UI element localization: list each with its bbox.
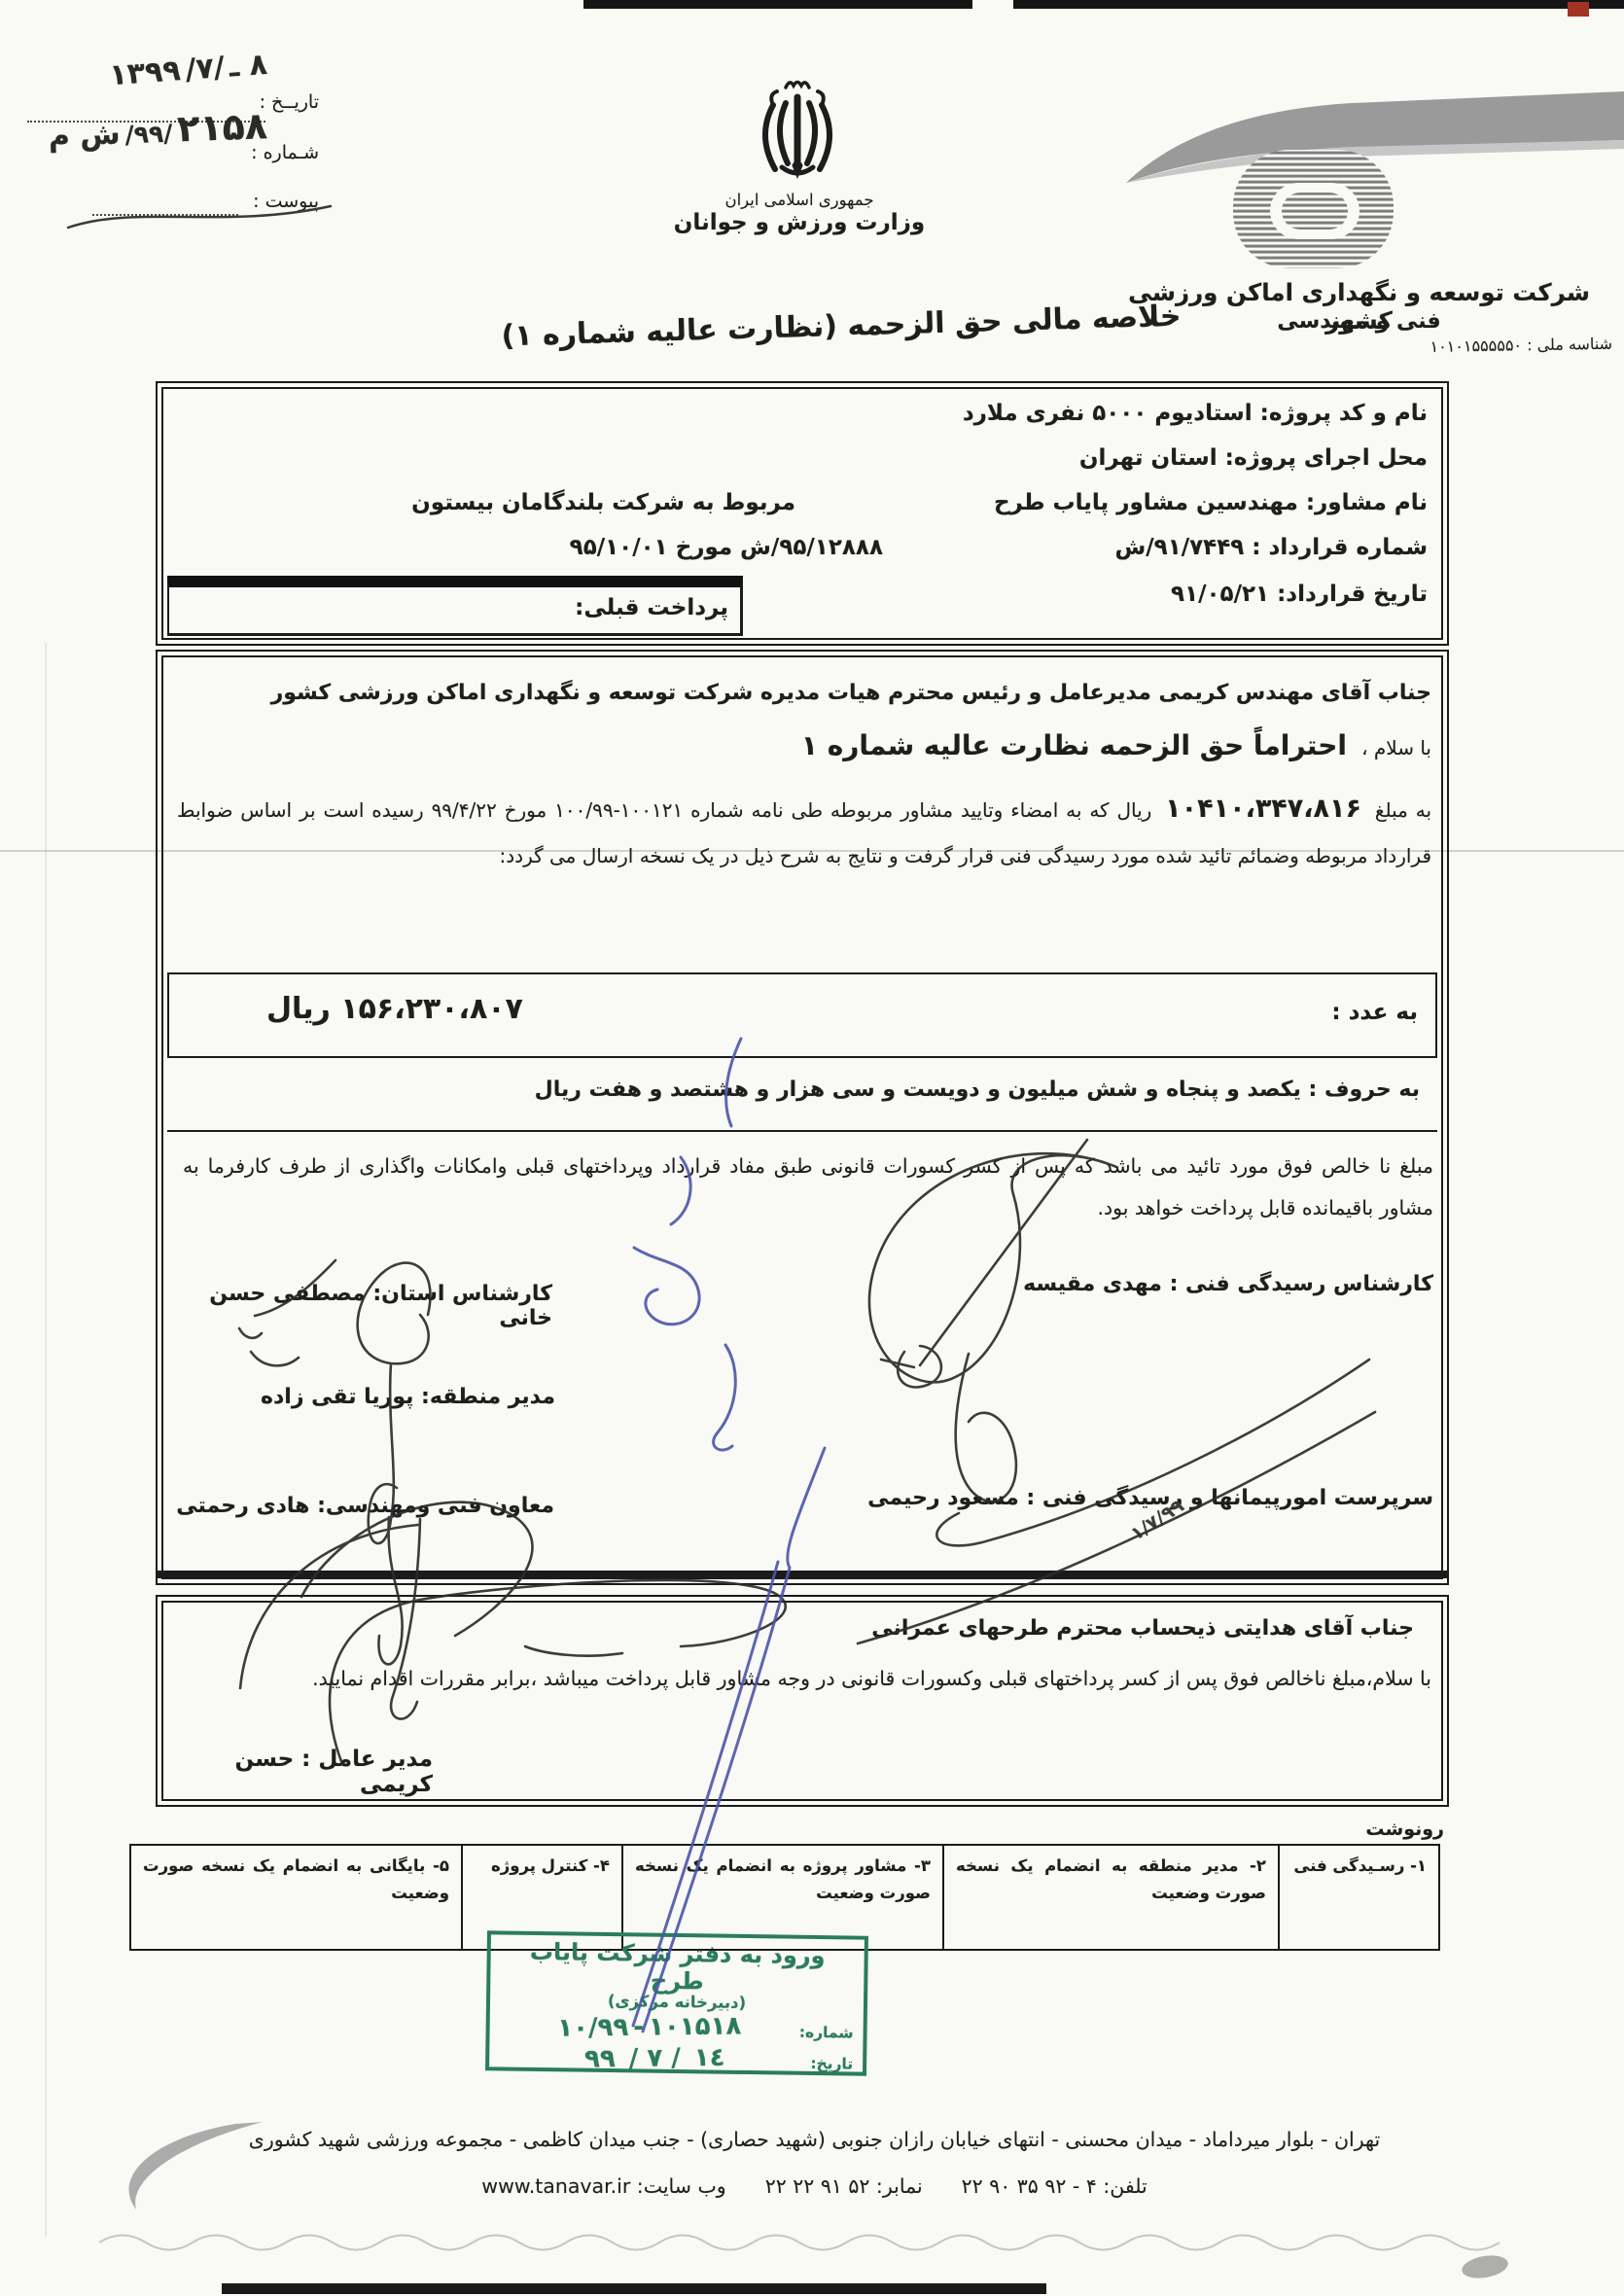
payment-order-body: با سلام،مبلغ ناخالص فوق پس از کسر پرداخت… [173, 1657, 1431, 1701]
registry-stamp: ورود به دفتر شرکت پایاب طرح (دبیرخانه مر… [485, 1930, 868, 2075]
attachment-label: پیوست : [231, 191, 319, 212]
iran-emblem-icon [749, 76, 846, 191]
stamp-number-value: ۱۰۱۵۱۸-۱۰/۹۹ [499, 2011, 799, 2044]
numeric-amount-box: به عدد : ۱۵۶،۲۳۰،۸۰۷ ریال [167, 972, 1437, 1058]
signature-deputy-technical: معاون فنی ومهندسی: هادی رحمتی [175, 1494, 554, 1518]
project-info-box: نام و کد پروژه: استادیوم ۵۰۰۰ نفری ملارد… [156, 381, 1449, 646]
letter-paragraph: به مبلغ ۱۰۴۱۰،۳۴۷،۸۱۶ ریال که به امضاء و… [177, 786, 1431, 879]
handwritten-number-part: ش م [48, 118, 121, 155]
payment-order-addressee: جناب آقای هدایتی ذیحساب محترم طرحهای عمر… [871, 1616, 1414, 1641]
footer-fax: نمابر: ۵۲ ۹۱ ۲۲ ۲۲ [765, 2174, 923, 2198]
consultant-row: نام مشاور: مهندسین مشاور پایاب طرح [994, 490, 1428, 515]
amount-prefix: به مبلغ [1375, 798, 1431, 822]
letter-salutation-line: با سلام ، احتراماً حق الزحمه نظارت عالیه… [177, 729, 1431, 761]
gross-amount-number: ۱۰۴۱۰،۳۴۷،۸۱۶ [1159, 794, 1367, 824]
stamp-title: ورود به دفتر شرکت پایاب طرح [500, 1937, 855, 1996]
handwritten-date-part: ۱۳۹۹ [108, 53, 182, 92]
contract-number-row: شماره قرارداد : ۹۱/۷۴۴۹/ش [1115, 535, 1428, 560]
stamp-date-value: ١٤/ ٧ /٩٩ [499, 2042, 811, 2075]
section-divider-bar [158, 1571, 1447, 1578]
cc-item: ۲- مدیر منطقه به انضمام یک نسخه صورت وضع… [942, 1846, 1278, 1949]
signature-region-manager: مدیر منطقه: پوریا تقی زاده [220, 1385, 555, 1409]
stamp-date-label: تاریخ: [810, 2055, 853, 2073]
stamp-date-part: ١٤ [694, 2043, 725, 2072]
project-name-row: نام و کد پروژه: استادیوم ۵۰۰۰ نفری ملارد [963, 401, 1428, 426]
letter-body-box: جناب آقای مهندس کریمی مدیرعامل و رئیس مح… [156, 650, 1449, 1585]
footer-phone: تلفن: ۴ - ۹۲ ۳۵ ۹۰ ۲۲ [962, 2174, 1147, 2198]
ceo-signature-line: مدیر عامل : حسن کریمی [175, 1747, 433, 1797]
contract-date-row: تاریخ قرارداد: ۹۱/۰۵/۲۱ [1171, 582, 1428, 607]
stamp-date-part: / ٧ / [629, 2043, 681, 2073]
previous-payment-label: پرداخت قبلی: [169, 587, 740, 620]
stamp-number-part: ۱۰۱۵۱۸ [649, 2011, 742, 2041]
signature-province-expert: کارشناس استان: مصطفی حسن خانی [163, 1282, 552, 1330]
project-location-row: محل اجرای پروژه: استان تهران [1079, 445, 1428, 471]
signature-technical-reviewer: کارشناس رسیدگی فنی : مهدی مقیسه [1023, 1272, 1433, 1296]
stamp-subtitle: (دبیرخانه مرکزی) [500, 1990, 854, 2013]
previous-payment-box: پرداخت قبلی: [167, 576, 743, 636]
scan-top-bar [583, 0, 972, 9]
stamp-number-part: ۱۰/۹۹ [557, 2013, 628, 2043]
attachment-dotted-line [92, 212, 238, 216]
cc-label: رونوشت [1347, 1819, 1444, 1840]
scanned-letter-page: تاریــخ : ۸ ـ/۷/۱۳۹۹ شـماره : ۲۱۵۸/۹۹/ش … [0, 0, 1624, 2296]
scan-smudge [1460, 2252, 1509, 2281]
scan-top-bar [1013, 0, 1624, 9]
handwritten-number-part: ۲۱۵۸ [176, 104, 267, 150]
salutation-text: با سلام ، [1361, 736, 1431, 759]
letter-addressee: جناب آقای مهندس کریمی مدیرعامل و رئیس مح… [177, 681, 1431, 705]
scan-edge-line [45, 642, 47, 2237]
numeric-amount-value: ۱۵۶،۲۳۰،۸۰۷ ریال [266, 992, 523, 1026]
net-amount-note: مبلغ نا خالص فوق مورد تائید می باشد که پ… [183, 1146, 1433, 1229]
related-company-note: مربوط به شرکت بلندگامان بیستون [358, 490, 795, 515]
footer-website: وب سایت: www.tanavar.ir [481, 2174, 725, 2198]
footer-address: تهران - بلوار میرداماد - میدان محسنی - ا… [112, 2128, 1517, 2151]
ministry-line: وزارت ورزش و جوانان [663, 210, 936, 235]
letter-subject: احتراماً حق الزحمه نظارت عالیه شماره ۱ [801, 729, 1347, 761]
signature-contracts-supervisor: سرپرست امورپیمانها و رسیدگی فنی : مسعود … [867, 1486, 1433, 1510]
company-logo-icon [1223, 144, 1403, 278]
cc-item: ۱- رسـیدگی فنی [1278, 1846, 1438, 1949]
handwritten-number-part: /۹۹/ [124, 120, 173, 150]
stamp-number-part: - [633, 2013, 644, 2042]
page-title: خلاصه مالی حق الزحمه (نظارت عالیه شماره … [462, 298, 1221, 354]
related-contract-note: ۹۵/۱۲۸۸۸/ش مورخ ۹۵/۱۰/۰۱ [358, 535, 883, 560]
handwritten-date-part: ۸ ـ [229, 48, 268, 85]
stamp-date-part: ٩٩ [584, 2044, 616, 2073]
national-id-line: شناسه ملی : ۱۰۱۰۱۵۵۵۵۵۰ [1361, 335, 1612, 357]
republic-line: جمهوری اسلامی ایران [692, 191, 906, 209]
stamp-number-label: شماره: [799, 2024, 854, 2042]
footer-wavy-line [97, 2223, 1507, 2256]
amount-in-words-text: به حروف : یکصد و پنجاه و شش میلیون و دوی… [535, 1077, 1420, 1102]
handwritten-number: ۲۱۵۸/۹۹/ش م [0, 104, 268, 157]
amount-in-words-row: به حروف : یکصد و پنجاه و شش میلیون و دوی… [167, 1058, 1437, 1132]
scan-bottom-bar [222, 2283, 1046, 2294]
red-corner-mark [1568, 2, 1589, 17]
handwritten-date-part: /۷/ [184, 51, 226, 88]
payment-order-box: جناب آقای هدایتی ذیحساب محترم طرحهای عمر… [156, 1595, 1449, 1807]
numeric-amount-label: به عدد : [1331, 1000, 1418, 1025]
cc-item: ۵- بایگانی به انضمام یک نسخه صورت وضعیت [131, 1846, 461, 1949]
footer-contact-line: تلفن: ۴ - ۹۲ ۳۵ ۹۰ ۲۲ نمابر: ۵۲ ۹۱ ۲۲ ۲۲… [112, 2174, 1517, 2198]
